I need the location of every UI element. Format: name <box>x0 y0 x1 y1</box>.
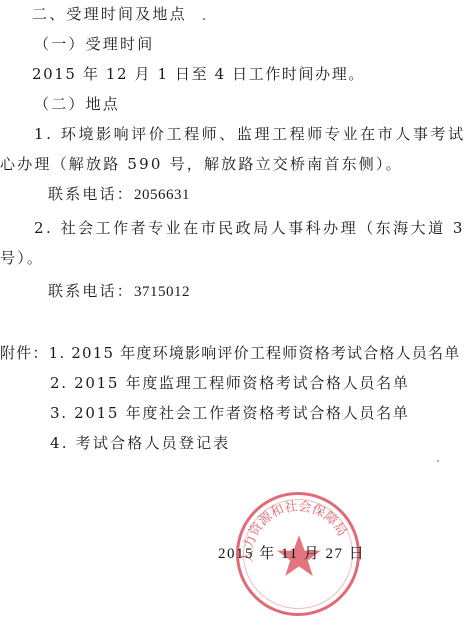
time-text: 2015 年 12 月 1 日至 4 日工作时间办理。 <box>32 64 365 84</box>
place-subheading: （二）地点 <box>34 94 120 114</box>
scan-speck <box>437 460 439 462</box>
attachment-item: 2. 2015 年度监理工程师资格考试合格人员名单 <box>50 373 410 393</box>
attachment-item: 3. 2015 年度社会工作者资格考试合格人员名单 <box>50 403 410 423</box>
phone-number: 2056631 <box>134 187 190 203</box>
time-subheading: （一）受理时间 <box>34 34 154 54</box>
place-item-1-line2: 心办理（解放路 590 号，解放路立交桥南首东侧）。 <box>0 154 403 174</box>
attachment-item: 1. 2015 年度环境影响评价工程师资格考试合格人员名单 <box>49 344 461 362</box>
attachments-label: 附件： <box>0 344 49 362</box>
place-item-2-line2: 号）。 <box>0 248 44 268</box>
place-item-2-phone-row: 联系电话：3715012 <box>48 281 190 302</box>
place-item-2-line1: 2. 社会工作者专业在市民政局人事科办理（东海大道 3888 <box>34 218 464 238</box>
scan-speck <box>203 18 205 20</box>
place-item-1-phone-row: 联系电话：2056631 <box>48 184 190 205</box>
signature-date: 2015 年 11 月 27 日 <box>218 544 365 564</box>
phone-number: 3715012 <box>134 284 190 300</box>
phone-label: 联系电话： <box>48 282 134 300</box>
attachment-item: 4. 考试合格人员登记表 <box>50 433 230 453</box>
place-item-1-line1: 1. 环境影响评价工程师、监理工程师专业在市人事考试中 <box>34 124 464 144</box>
section-heading: 二、受理时间及地点 <box>32 4 187 24</box>
phone-label: 联系电话： <box>48 185 134 203</box>
attachment-row-1: 附件：1. 2015 年度环境影响评价工程师资格考试合格人员名单 <box>0 343 460 363</box>
